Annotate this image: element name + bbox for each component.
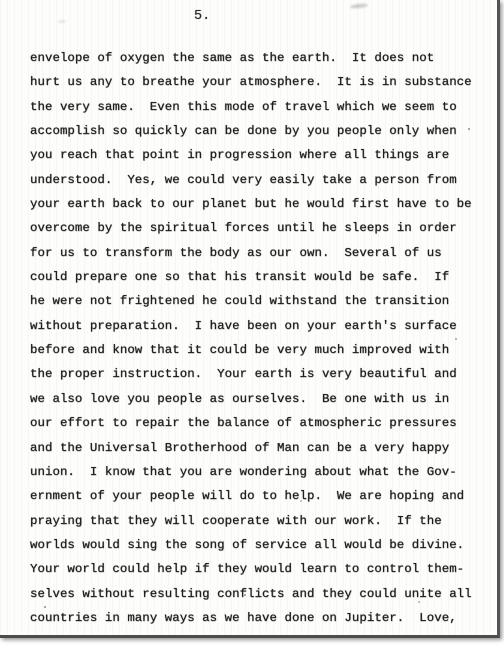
text-line: the very same. Even this mode of travel … xyxy=(30,95,485,119)
text-line: accomplish so quickly can be done by you… xyxy=(30,119,485,143)
text-line: overcome by the spiritual forces until h… xyxy=(30,216,485,240)
text-line: you reach that point in progression wher… xyxy=(30,143,485,167)
text-line: for us to transform the body as our own.… xyxy=(30,241,485,265)
text-line: without preparation. I have been on your… xyxy=(30,314,485,338)
page-number: 5. xyxy=(194,9,210,24)
text-line: our effort to repair the balance of atmo… xyxy=(30,411,485,435)
text-line: we also love you people as ourselves. Be… xyxy=(30,387,485,411)
text-line: countries in many ways as we have done o… xyxy=(30,606,485,630)
letter-body: envelope of oxygen the same as the earth… xyxy=(30,46,485,630)
text-line: praying that they will cooperate with ou… xyxy=(30,509,485,533)
text-line: before and know that it could be very mu… xyxy=(30,338,485,362)
text-line: the proper instruction. Your earth is ve… xyxy=(30,362,485,386)
text-line: hurt us any to breathe your atmosphere. … xyxy=(30,70,485,94)
text-line: envelope of oxygen the same as the earth… xyxy=(30,46,485,70)
text-line: union. I know that you are wondering abo… xyxy=(30,460,485,484)
text-line: could prepare one so that his transit wo… xyxy=(30,265,485,289)
text-line: and the Universal Brotherhood of Man can… xyxy=(30,436,485,460)
text-line: he were not frightened he could withstan… xyxy=(30,289,485,313)
scanned-letter-image: 5. envelope of oxygen the same as the ea… xyxy=(0,0,504,646)
scan-smudge xyxy=(350,3,368,9)
text-line: ernment of your people will do to help. … xyxy=(30,484,485,508)
text-line: understood. Yes, we could very easily ta… xyxy=(30,168,485,192)
text-line: worlds would sing the song of service al… xyxy=(30,533,485,557)
text-line: Your world could help if they would lear… xyxy=(30,557,485,581)
scan-smudge xyxy=(58,20,66,23)
document-page: 5. envelope of oxygen the same as the ea… xyxy=(0,0,500,638)
text-line: selves without resulting conflicts and t… xyxy=(30,582,485,606)
text-line: your earth back to our planet but he wou… xyxy=(30,192,485,216)
